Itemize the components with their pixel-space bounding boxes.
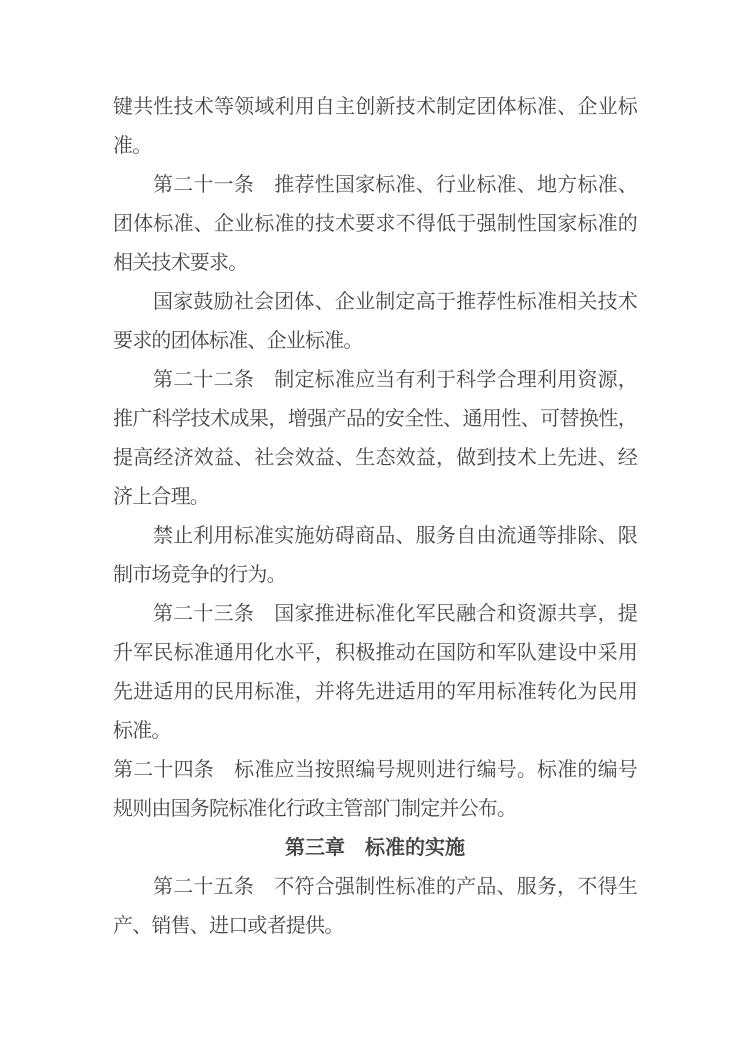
article-22-start-line: 第二十二条 制定标准应当有利于科学合理利用资源， [113,361,637,400]
text-line: 济上合理。 [113,478,637,517]
text-line: 产、销售、进口或者提供。 [113,907,637,946]
article-24-start-line: 第二十四条 标准应当按照编号规则进行编号。标准的编号 [113,751,637,790]
text-line: 国家鼓励社会团体、企业制定高于推荐性标准相关技术 [113,283,637,322]
text-line: 升军民标准通用化水平，积极推动在国防和军队建设中采用 [113,634,637,673]
text-line: 规则由国务院标准化行政主管部门制定并公布。 [113,790,637,829]
document-text-block: 键共性技术等领域利用自主创新技术制定团体标准、企业标 准。 第二十一条 推荐性国… [113,88,637,946]
document-page: 键共性技术等领域利用自主创新技术制定团体标准、企业标 准。 第二十一条 推荐性国… [0,0,750,1060]
text-line: 相关技术要求。 [113,244,637,283]
article-25-start-line: 第二十五条 不符合强制性标准的产品、服务，不得生 [113,868,637,907]
text-line: 团体标准、企业标准的技术要求不得低于强制性国家标准的 [113,205,637,244]
text-line: 要求的团体标准、企业标准。 [113,322,637,361]
text-line: 先进适用的民用标准，并将先进适用的军用标准转化为民用 [113,673,637,712]
text-line: 标准。 [113,712,637,751]
text-line: 推广科学技术成果，增强产品的安全性、通用性、可替换性， [113,400,637,439]
article-23-start-line: 第二十三条 国家推进标准化军民融合和资源共享，提 [113,595,637,634]
chapter-heading: 第三章 标准的实施 [113,829,637,868]
text-line: 准。 [113,127,637,166]
text-line: 制市场竞争的行为。 [113,556,637,595]
text-line: 禁止利用标准实施妨碍商品、服务自由流通等排除、限 [113,517,637,556]
text-line: 提高经济效益、社会效益、生态效益，做到技术上先进、经 [113,439,637,478]
article-21-start-line: 第二十一条 推荐性国家标准、行业标准、地方标准、 [113,166,637,205]
text-line: 键共性技术等领域利用自主创新技术制定团体标准、企业标 [113,88,637,127]
